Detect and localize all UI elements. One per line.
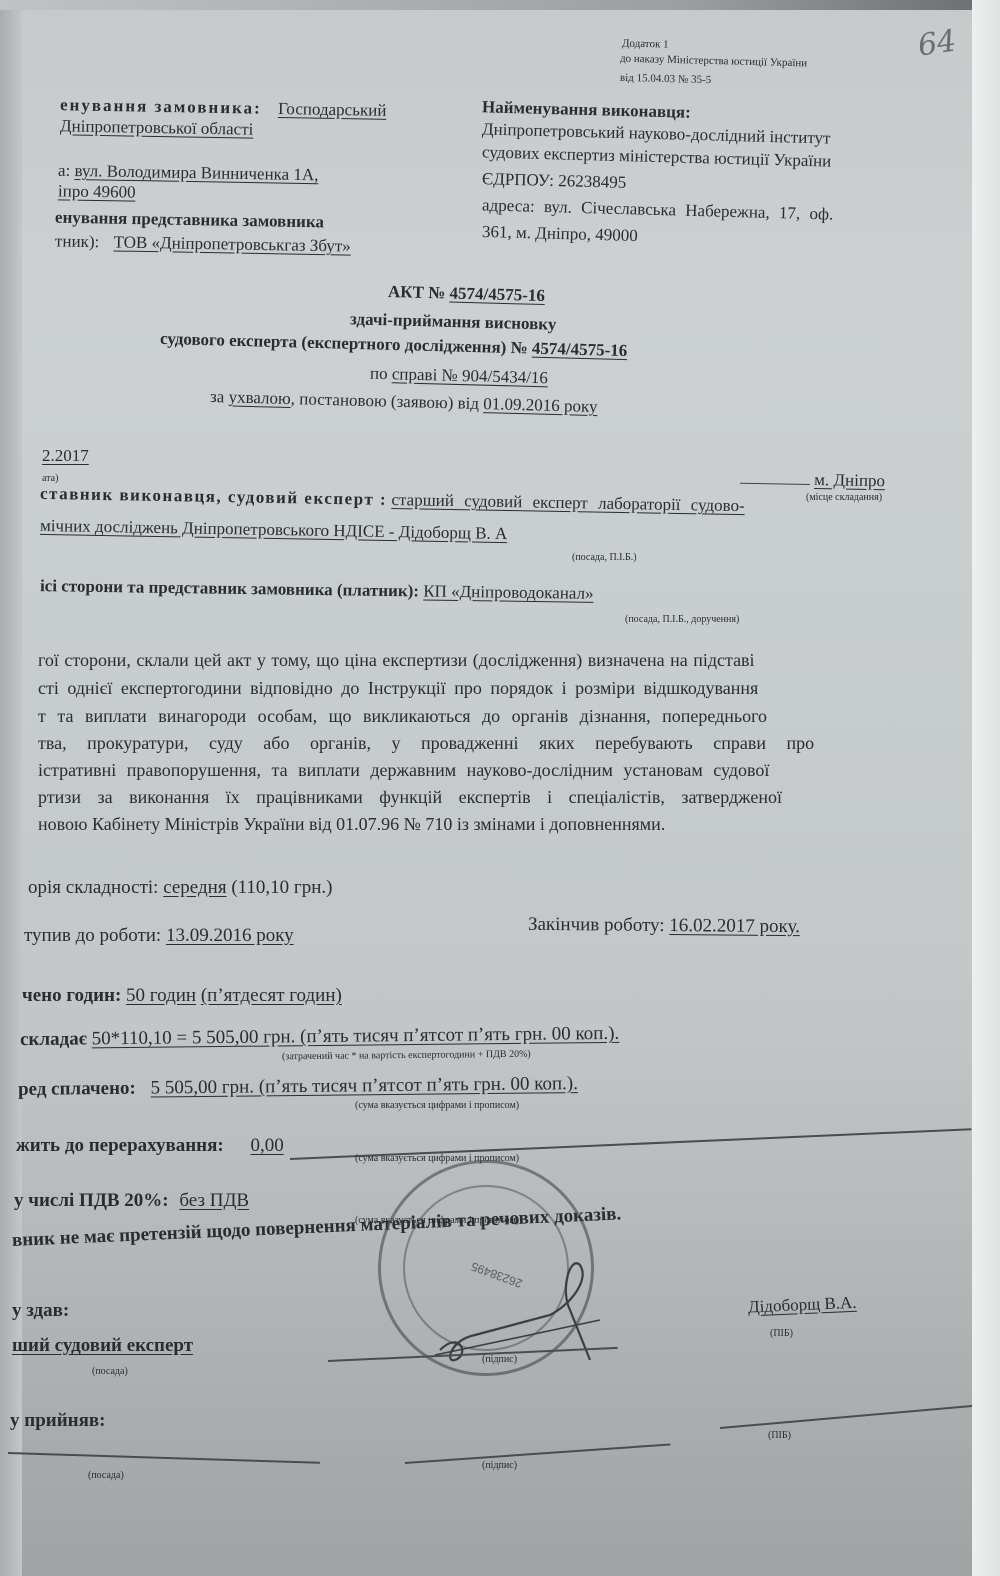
customer-address-value: вул. Володимира Винниченка 1А, <box>74 161 318 184</box>
appendix-date: від 15.04.03 № 35-5 <box>620 72 712 86</box>
handed-over-name: Дідоборщ В.А. <box>748 1293 857 1317</box>
appendix-title: Додаток 1 <box>622 37 669 50</box>
vat-value: без ПДВ <box>179 1190 249 1211</box>
handed-position-caption: (посада) <box>92 1366 128 1377</box>
act-expert-line: судового експерта (експертного досліджен… <box>160 329 528 358</box>
due-label: жить до перерахування: <box>16 1135 224 1156</box>
start-value: 13.09.2016 року <box>166 925 294 946</box>
paragraph-line: істративні правопорушення, та виплати де… <box>38 760 769 781</box>
customer-name-label: енування замовника: <box>60 95 262 118</box>
act-subtitle: здачі-приймання висновку <box>350 309 557 334</box>
start-label: тупив до роботи: <box>24 925 161 946</box>
representative-caption: (посада, П.І.Б.) <box>572 552 637 563</box>
handed-signature-caption: (підпис) <box>482 1354 517 1365</box>
handed-name-caption: (ПІБ) <box>770 1328 793 1339</box>
category-rate: (110,10 грн.) <box>231 877 332 898</box>
ruling-date-prefix: від <box>457 393 479 413</box>
end-value: 16.02.2017 року. <box>669 915 800 937</box>
total-label: складає <box>20 1028 87 1050</box>
due-value: 0,00 <box>250 1135 283 1156</box>
ruling-rest: , постановою (заявою) <box>291 389 454 412</box>
prepaid-caption: (сума вказується цифрами і прописом) <box>355 1100 519 1111</box>
total-value: 50*110,10 = 5 505,00 грн. (п’ять тисяч п… <box>92 1023 620 1050</box>
category-label: орія складності: <box>28 877 158 898</box>
handwritten-page-number: 64 <box>916 24 959 64</box>
received-name-caption: (ПІБ) <box>768 1430 791 1441</box>
appendix-order: до наказу Міністерства юстиції України <box>620 53 807 70</box>
prepaid-value: 5 505,00 грн. (п’ять тисяч п’ятсот п’ять… <box>150 1073 578 1098</box>
executor-label: Найменування виконавця: <box>482 97 691 122</box>
received-signature-line <box>405 1443 670 1464</box>
total-caption: (затрачений час * на вартість експертого… <box>282 1049 531 1063</box>
customer-rep-line-label: ісі сторони та представник замовника (пл… <box>40 576 419 600</box>
paragraph-line: новою Кабінету Міністрів України від 01.… <box>38 814 665 835</box>
hours-words: (п’ятдесят годин) <box>201 985 342 1006</box>
executor-address-1: адреса: вул. Січеславська Набережна, 17,… <box>482 195 834 224</box>
executor-edrpou: ЄДРПОУ: 26238495 <box>482 169 627 193</box>
paragraph-line: т та виплати винагороди особам, що викли… <box>38 706 767 727</box>
paragraph-line: ртизи за виконання їх працівниками функц… <box>38 787 782 808</box>
place-value: м. Дніпро <box>814 470 885 490</box>
customer-address-value-2: іпро 49600 <box>58 181 136 202</box>
paragraph-line: тва, прокуратури, суду або органів, у пр… <box>38 733 814 754</box>
customer-name-value: Господарський <box>278 99 387 120</box>
ruling-type: ухвалою <box>228 387 291 408</box>
received-label: у прийняв: <box>10 1410 105 1432</box>
document-sheet: 64 Додаток 1 до наказу Міністерства юсти… <box>0 0 972 1576</box>
act-title-prefix: АКТ № <box>388 282 446 302</box>
act-number: 4574/4575-16 <box>449 284 545 305</box>
customer-rep-value: ТОВ «Дніпропетровськгаз Збут» <box>113 232 351 255</box>
hours-value: 50 годин <box>126 985 196 1006</box>
received-signature-caption: (підпис) <box>482 1460 517 1471</box>
category-value: середня <box>163 877 226 898</box>
customer-rep-line-value: КП «Дніпроводоканал» <box>423 581 594 602</box>
case-prefix: по <box>370 364 388 383</box>
handed-over-position: ший судовий експерт <box>12 1335 193 1357</box>
act-date-caption: ата) <box>42 473 58 484</box>
handed-over-label: у здав: <box>12 1300 69 1322</box>
executor-address-2: 361, м. Дніпро, 49000 <box>482 222 638 246</box>
end-label: Закінчив роботу: <box>528 914 665 936</box>
prepaid-label: ред сплачено: <box>18 1078 136 1100</box>
paragraph-line: гої сторони, склали цей акт у тому, що ц… <box>38 650 755 671</box>
act-expert-number: 4574/4575-16 <box>532 339 628 360</box>
received-position-line <box>8 1452 320 1464</box>
vat-label: у числі ПДВ 20%: <box>14 1190 169 1211</box>
received-name-line <box>720 1404 972 1429</box>
ruling-prefix: за <box>210 387 225 406</box>
representative-value: старший судовий експерт лабораторії судо… <box>391 490 745 515</box>
ruling-date: 01.09.2016 року <box>483 394 598 416</box>
representative-value-2: мічних досліджень Дніпропетровського НДІ… <box>40 516 508 544</box>
case-number: справі № 904/5434/16 <box>392 364 549 387</box>
customer-name-value-2: Дніпропетровської області <box>60 116 254 139</box>
customer-rep-label-2: тник): <box>55 231 100 251</box>
place-caption: (місце складання) <box>806 492 882 503</box>
customer-rep-label: енування представника замовника <box>55 208 324 233</box>
received-position-caption: (посада) <box>88 1470 124 1481</box>
representative-label: ставник виконавця, судовий експерт : <box>40 484 387 509</box>
paragraph-line: сті однієї експертогодини відповідно до … <box>38 678 758 699</box>
hours-label: чено годин: <box>22 985 121 1006</box>
scan-background-edge <box>972 0 1000 1576</box>
act-date: 2.2017 <box>42 446 89 466</box>
customer-rep-caption: (посада, П.І.Б., доручення) <box>625 614 739 625</box>
customer-address-label: а: <box>58 161 71 180</box>
